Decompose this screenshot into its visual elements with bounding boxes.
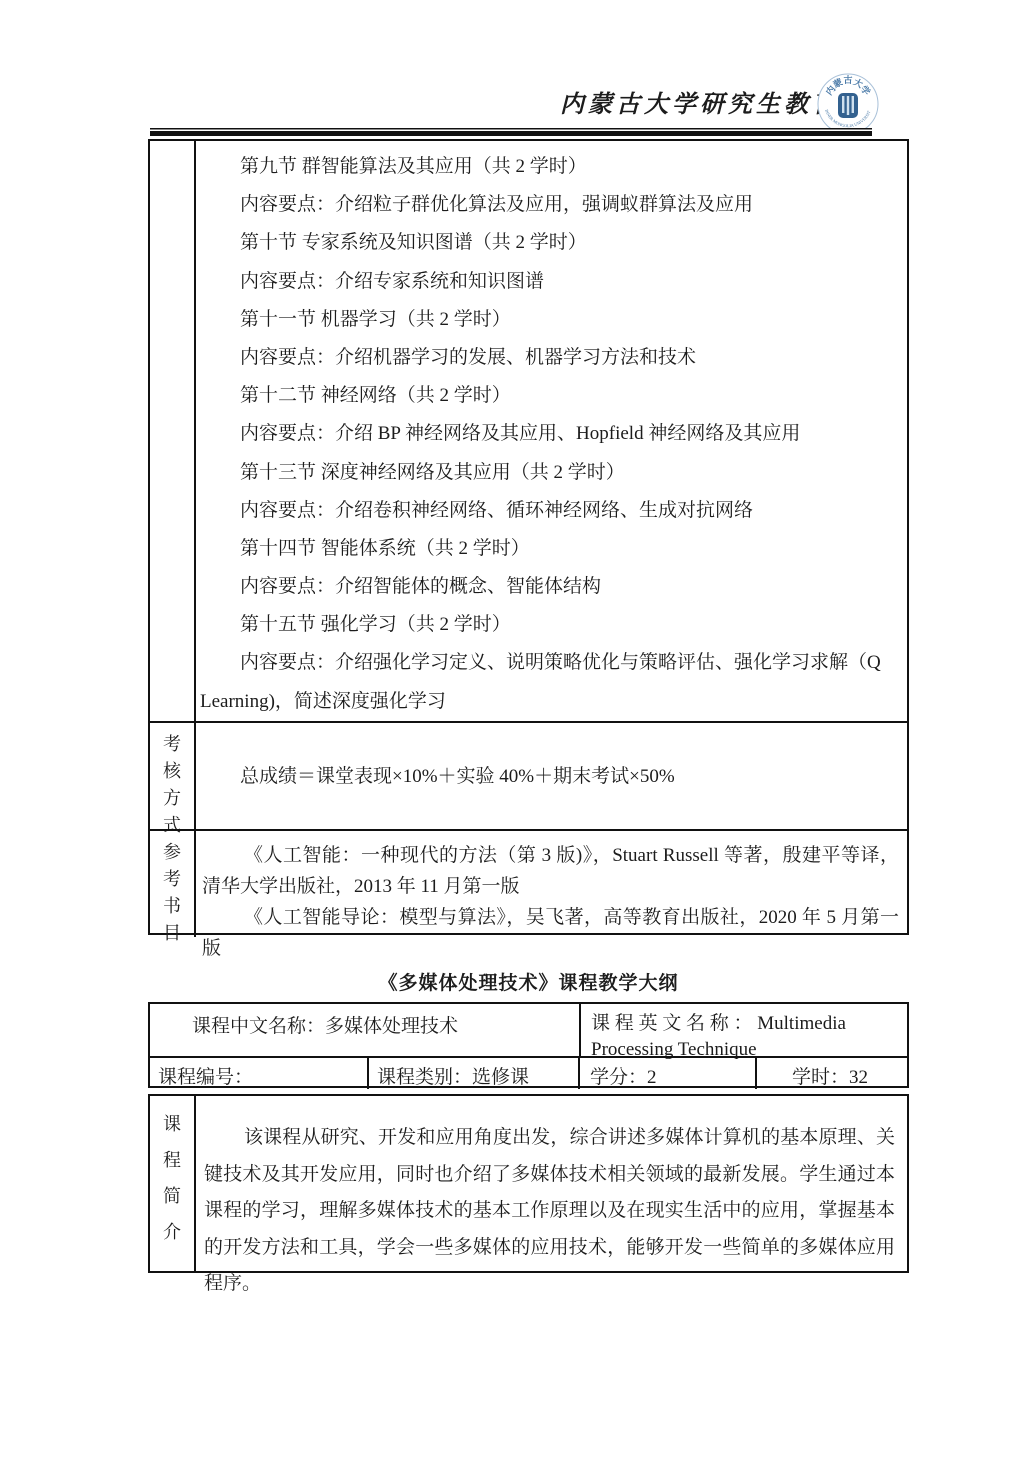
outline-line: 第十节 专家系统及知识图谱（共 2 学时） [196,224,907,262]
course2-meta-row: 课程编号： 课程类别：选修课 学分：2 学时：32 [150,1056,907,1089]
outline-line: 内容要点：介绍强化学习定义、说明策略优化与策略评估、强化学习求解（Q [196,644,907,682]
outline-line: 第十二节 神经网络（共 2 学时） [196,377,907,415]
reference-book: 《人工智能导论：模型与算法》，吴飞著，高等教育出版社，2020 年 5 月第一版 [202,902,899,964]
course2-intro-text: 该课程从研究、开发和应用角度出发，综合讲述多媒体计算机的基本原理、关键技术及其开… [204,1120,895,1303]
header-divider-line [150,128,872,136]
references-label: 参考书目 [161,839,183,947]
outline-line: 内容要点：介绍智能体的概念、智能体结构 [196,568,907,606]
references-label-cell: 参考书目 [150,831,196,937]
outline-line: 第十三节 深度神经网络及其应用（共 2 学时） [196,454,907,492]
course2-info-table: 课程中文名称：多媒体处理技术 课 程 英 文 名 称 ： Multimedia … [148,1002,909,1088]
course2-hours-cell: 学时：32 [757,1058,907,1089]
references-content-cell: 《人工智能：一种现代的方法（第 3 版)》，Stuart Russell 等著，… [196,831,907,937]
outline-line: 内容要点：介绍专家系统和知识图谱 [196,263,907,301]
course2-intro-label-cell: 课程简介 [150,1096,196,1271]
course2-en-name-line1: 课 程 英 文 名 称 ： Multimedia [591,1011,899,1037]
outline-line: 内容要点：介绍粒子群优化算法及应用，强调蚁群算法及应用 [196,186,907,224]
course2-intro-label: 课程简介 [161,1106,183,1250]
outline-line: Learning)，简述深度强化学习 [196,683,907,721]
syllabus-table: 第九节 群智能算法及其应用（共 2 学时） 内容要点：介绍粒子群优化算法及应用，… [148,139,909,935]
assessment-label-cell: 考核方式 [150,723,196,829]
course2-type-cell: 课程类别：选修课 [369,1058,580,1089]
outline-line: 第十五节 强化学习（共 2 学时） [196,606,907,644]
outline-line: 内容要点：介绍卷积神经网络、循环神经网络、生成对抗网络 [196,492,907,530]
outline-line: 内容要点：介绍机器学习的发展、机器学习方法和技术 [196,339,907,377]
course2-number-cell: 课程编号： [150,1058,369,1089]
outline-line: 第十四节 智能体系统（共 2 学时） [196,530,907,568]
assessment-label: 考核方式 [161,731,183,839]
course2-title: 《多媒体处理技术》课程教学大纲 [148,968,909,995]
university-header-title: 内蒙古大学研究生教育 [560,84,818,119]
course2-credits-cell: 学分：2 [580,1058,757,1089]
reference-book: 《人工智能：一种现代的方法（第 3 版)》，Stuart Russell 等著，… [202,840,899,902]
outline-line: 内容要点：介绍 BP 神经网络及其应用、Hopfield 神经网络及其应用 [196,415,907,453]
seal-char: 古 [843,74,852,85]
outline-content-cell: 第九节 群智能算法及其应用（共 2 学时） 内容要点：介绍粒子群优化算法及应用，… [196,141,907,721]
document-page: 内蒙古大学研究生教育 内 蒙 古 大 学 INNER MONGOLIA UNIV… [0,0,1024,1457]
assessment-content-cell: 总成绩＝课堂表现×10%＋实验 40%＋期末考试×50% [196,723,907,829]
outline-line: 第九节 群智能算法及其应用（共 2 学时） [196,148,907,186]
outline-line: 第十一节 机器学习（共 2 学时） [196,301,907,339]
outline-row: 第九节 群智能算法及其应用（共 2 学时） 内容要点：介绍粒子群优化算法及应用，… [150,141,907,721]
university-seal-icon: 内 蒙 古 大 学 INNER MONGOLIA UNIVERSITY [816,72,880,136]
course2-intro-table: 课程简介 该课程从研究、开发和应用角度出发，综合讲述多媒体计算机的基本原理、关键… [148,1094,909,1273]
course2-en-name-cell: 课 程 英 文 名 称 ： Multimedia Processing Tech… [581,1004,907,1056]
references-row: 参考书目 《人工智能：一种现代的方法（第 3 版)》，Stuart Russel… [150,829,907,937]
assessment-formula: 总成绩＝课堂表现×10%＋实验 40%＋期末考试×50% [196,723,907,788]
outline-row-label-cell [150,141,196,721]
course2-cn-name-cell: 课程中文名称：多媒体处理技术 [150,1004,581,1056]
course2-intro-content-cell: 该课程从研究、开发和应用角度出发，综合讲述多媒体计算机的基本原理、关键技术及其开… [196,1096,907,1271]
assessment-row: 考核方式 总成绩＝课堂表现×10%＋实验 40%＋期末考试×50% [150,721,907,829]
course2-name-row: 课程中文名称：多媒体处理技术 课 程 英 文 名 称 ： Multimedia … [150,1004,907,1056]
